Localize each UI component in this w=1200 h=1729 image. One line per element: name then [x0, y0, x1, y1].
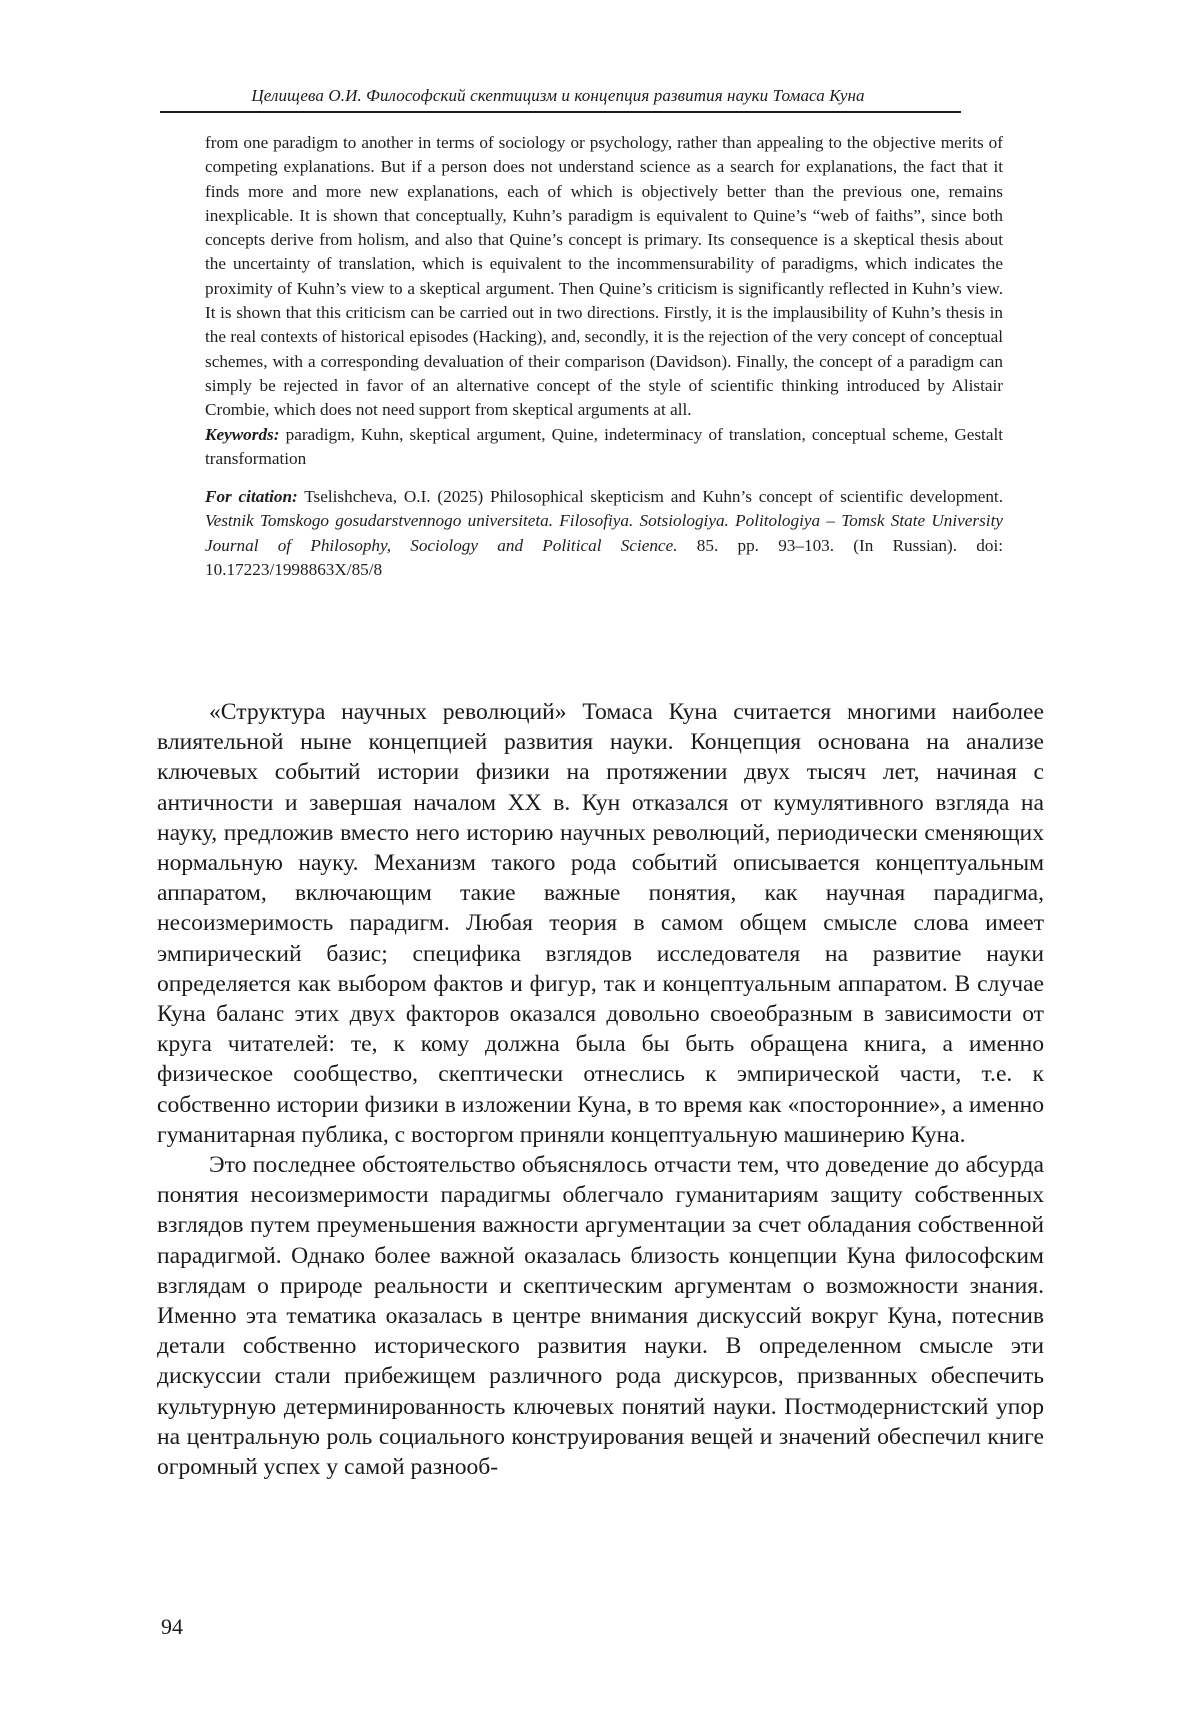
header-rule	[160, 111, 961, 113]
abstract-block: from one paradigm to another in terms of…	[205, 131, 1003, 582]
citation: For citation: Tselishcheva, O.I. (2025) …	[205, 485, 1003, 582]
abstract-text: from one paradigm to another in terms of…	[205, 131, 1003, 423]
keywords-list: paradigm, Kuhn, skeptical argument, Quin…	[205, 425, 1003, 468]
page-number: 94	[161, 1614, 183, 1640]
citation-authors-title: Tselishcheva, O.I. (2025) Philosophical …	[304, 487, 1003, 506]
body-paragraph: «Структура научных революций» Томаса Кун…	[157, 697, 1044, 1150]
keywords: Keywords: paradigm, Kuhn, skeptical argu…	[205, 423, 1003, 472]
running-head: Целищева О.И. Философский скептицизм и к…	[160, 86, 956, 106]
citation-label: For citation:	[205, 487, 298, 506]
main-body: «Структура научных революций» Томаса Кун…	[157, 697, 1044, 1482]
body-paragraph: Это последнее обстоятельство объяснялось…	[157, 1150, 1044, 1482]
keywords-label: Keywords:	[205, 425, 279, 444]
journal-page: Целищева О.И. Философский скептицизм и к…	[0, 0, 1200, 1729]
